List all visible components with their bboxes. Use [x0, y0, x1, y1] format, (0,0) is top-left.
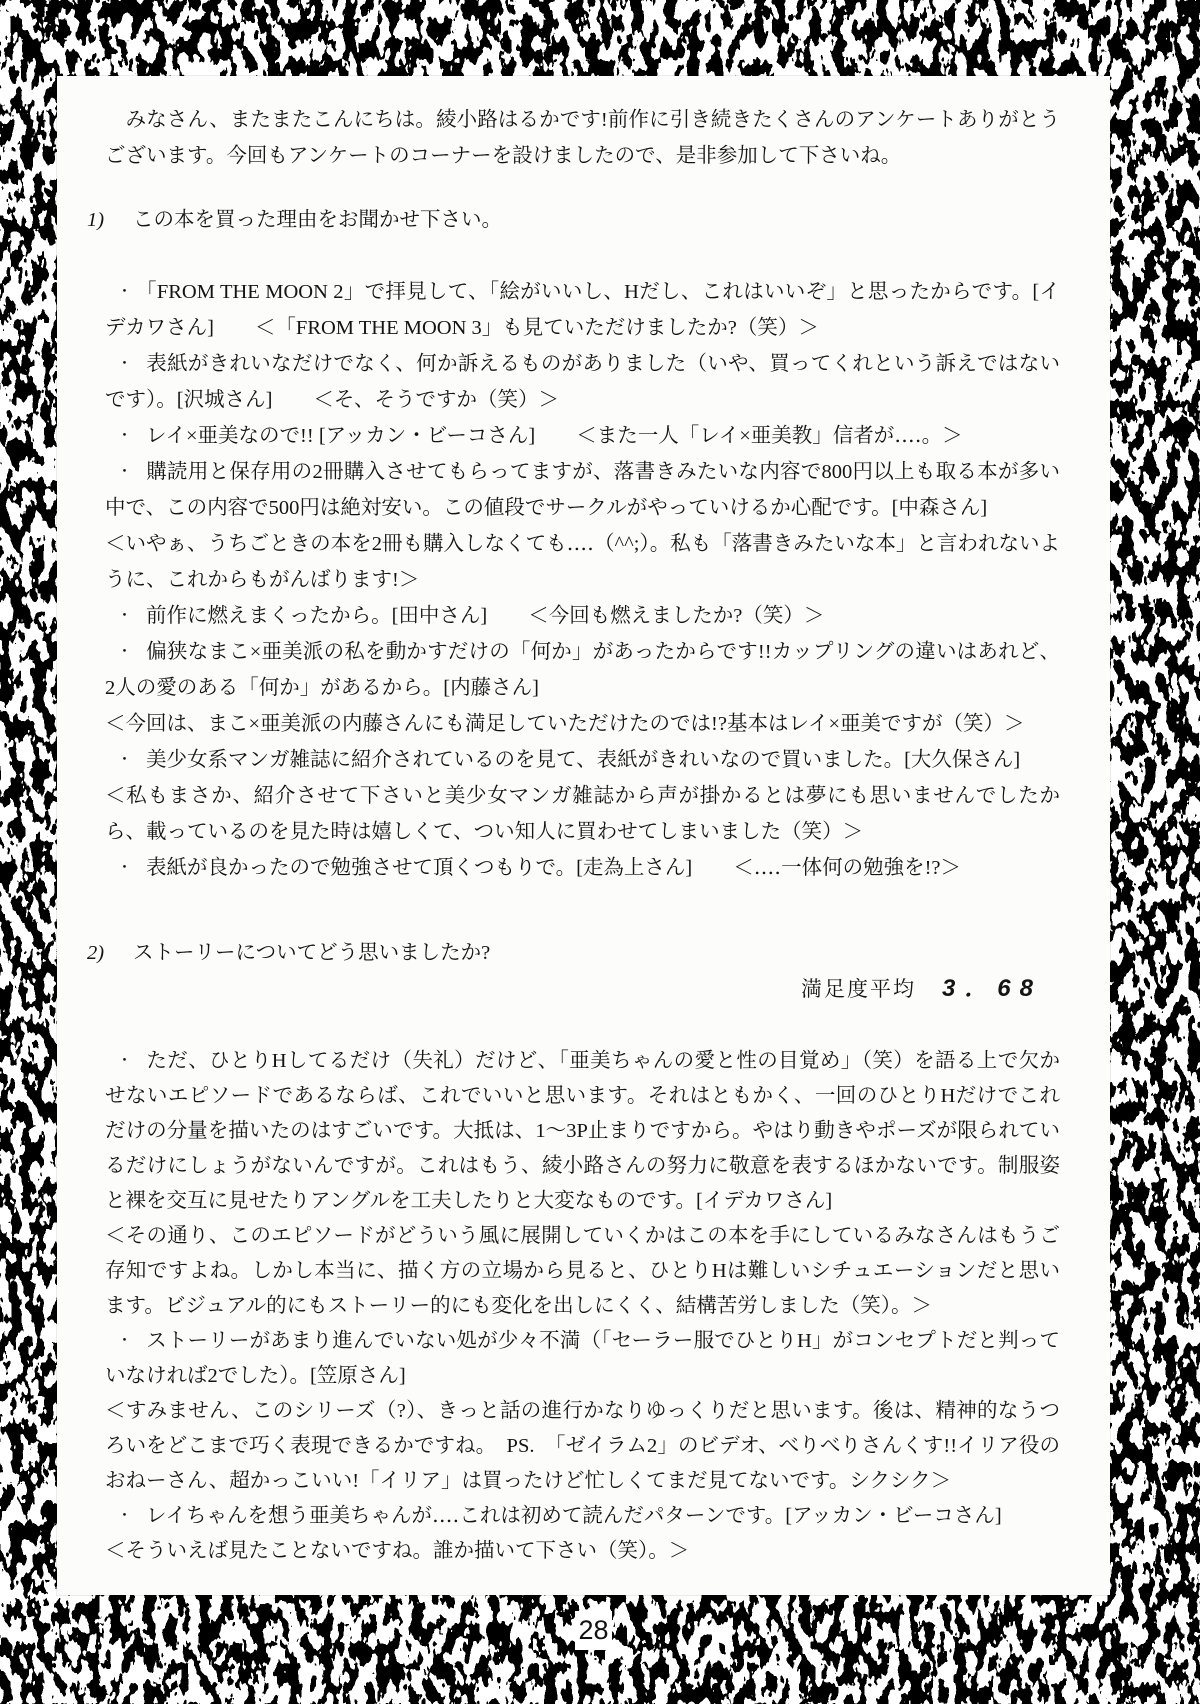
bullet-icon: ・ — [117, 1333, 132, 1349]
bullet-icon: ・ — [117, 1053, 132, 1069]
reply-text: ＜その通り、このエピソードがどういう風に展開していくかはこの本を手にしているみな… — [105, 1225, 1060, 1317]
bullet-icon: ・ — [117, 644, 132, 660]
page-number: 28 — [575, 1611, 612, 1650]
comment-text: 美少女系マンガ雑誌に紹介されているのを見て、表紙がきれいなので買いました。[大久… — [146, 749, 1020, 771]
bullet-icon: ・ — [117, 860, 132, 876]
bullet-icon: ・ — [117, 356, 132, 372]
reply-text: ＜いやぁ、うちごときの本を2冊も購入しなくても‥‥（^^;）。私も「落書きみたい… — [105, 533, 1060, 591]
author-reply-block: ＜今回は、まこ×亜美派の内藤さんにも満足していただけたのでは!?基本はレイ×亜美… — [105, 706, 1060, 742]
author-reply-block: ＜すみません、このシリーズ（?）、きっと話の進行かなりゆっくりだと思います。後は… — [105, 1394, 1060, 1499]
question-2-header: 2)ストーリーについてどう思いましたか? — [87, 935, 1060, 971]
question-2-text: ストーリーについてどう思いましたか? — [133, 942, 490, 964]
satisfaction-score-line: 満足度平均3．68 — [105, 971, 1060, 1008]
bullet-icon: ・ — [117, 752, 132, 768]
question-2-answers: ・ただ、ひとりHしてるだけ（失礼）だけど、「亜美ちゃんの愛と性の目覚め」（笑）を… — [105, 1044, 1060, 1569]
question-1-header: 1)この本を買った理由をお聞かせ下さい。 — [87, 202, 1060, 238]
question-2-number: 2) — [87, 935, 133, 971]
question-1-text: この本を買った理由をお聞かせ下さい。 — [133, 209, 502, 231]
comment-text: 偏狭なまこ×亜美派の私を動かすだけの「何か」があったからです!!カップリングの違… — [105, 641, 1060, 699]
bullet-icon: ・ — [117, 284, 132, 300]
bullet-icon: ・ — [117, 1508, 132, 1524]
comment-text: 表紙がきれいなだけでなく、何か訴えるものがありました（いや、買ってくれという訴え… — [105, 353, 1060, 411]
question-1-number: 1) — [87, 202, 133, 238]
reply-text: ＜私もまさか、紹介させて下さいと美少女マンガ雑誌から声が掛かるとは夢にも思いませ… — [105, 785, 1060, 843]
intro-paragraph: みなさん、またまたこんにちは。綾小路はるかです!前作に引き続きたくさんのアンケー… — [105, 102, 1060, 174]
comment-block: ・偏狭なまこ×亜美派の私を動かすだけの「何か」があったからです!!カップリングの… — [105, 634, 1060, 706]
comment-text: 「FROM THE MOON 2」で拝見して、「絵がいいし、Hだし、これはいいぞ… — [105, 281, 1060, 339]
bullet-icon: ・ — [117, 608, 132, 624]
comment-text: レイちゃんを想う亜美ちゃんが‥‥これは初めて読んだパターンです。[アッカン・ビー… — [146, 1505, 1002, 1527]
document-page: みなさん、またまたこんにちは。綾小路はるかです!前作に引き続きたくさんのアンケー… — [57, 76, 1110, 1595]
comment-block: ・ただ、ひとりHしてるだけ（失礼）だけど、「亜美ちゃんの愛と性の目覚め」（笑）を… — [105, 1044, 1060, 1219]
comment-block: ・表紙がきれいなだけでなく、何か訴えるものがありました（いや、買ってくれという訴… — [105, 346, 1060, 418]
bullet-icon: ・ — [117, 464, 132, 480]
comment-block: ・美少女系マンガ雑誌に紹介されているのを見て、表紙がきれいなので買いました。[大… — [105, 742, 1060, 778]
page-content: みなさん、またまたこんにちは。綾小路はるかです!前作に引き続きたくさんのアンケー… — [57, 76, 1110, 1595]
question-1-answers: ・「FROM THE MOON 2」で拝見して、「絵がいいし、Hだし、これはいい… — [105, 274, 1060, 886]
comment-block: ・「FROM THE MOON 2」で拝見して、「絵がいいし、Hだし、これはいい… — [105, 274, 1060, 346]
author-reply-block: ＜いやぁ、うちごときの本を2冊も購入しなくても‥‥（^^;）。私も「落書きみたい… — [105, 526, 1060, 598]
comment-block: ・表紙が良かったので勉強させて頂くつもりで。[走為上さん] ＜‥‥一体何の勉強を… — [105, 850, 1060, 886]
comment-block: ・レイ×亜美なので!! [アッカン・ビーコさん] ＜また一人「レイ×亜美教」信者… — [105, 418, 1060, 454]
author-reply-block: ＜その通り、このエピソードがどういう風に展開していくかはこの本を手にしているみな… — [105, 1219, 1060, 1324]
bullet-icon: ・ — [117, 428, 132, 444]
comment-text: レイ×亜美なので!! [アッカン・ビーコさん] ＜また一人「レイ×亜美教」信者が… — [146, 425, 963, 447]
comment-block: ・ストーリーがあまり進んでいない処が少々不満（「セーラー服でひとりH」がコンセプ… — [105, 1324, 1060, 1394]
reply-text: ＜そういえば見たことないですね。誰か描いて下さい（笑）。＞ — [105, 1540, 689, 1562]
comment-text: ストーリーがあまり進んでいない処が少々不満（「セーラー服でひとりH」がコンセプト… — [105, 1330, 1060, 1387]
satisfaction-score-value: 3．68 — [942, 975, 1042, 1002]
author-reply-block: ＜私もまさか、紹介させて下さいと美少女マンガ雑誌から声が掛かるとは夢にも思いませ… — [105, 778, 1060, 850]
comment-text: 購読用と保存用の2冊購入させてもらってますが、落書きみたいな内容で800円以上も… — [105, 461, 1060, 519]
reply-text: ＜今回は、まこ×亜美派の内藤さんにも満足していただけたのでは!?基本はレイ×亜美… — [105, 713, 1025, 735]
comment-text: 表紙が良かったので勉強させて頂くつもりで。[走為上さん] ＜‥‥一体何の勉強を!… — [146, 857, 961, 879]
comment-text: ただ、ひとりHしてるだけ（失礼）だけど、「亜美ちゃんの愛と性の目覚め」（笑）を語… — [105, 1050, 1060, 1212]
comment-block: ・レイちゃんを想う亜美ちゃんが‥‥これは初めて読んだパターンです。[アッカン・ビ… — [105, 1499, 1060, 1534]
satisfaction-score-label: 満足度平均 — [801, 978, 916, 1001]
comment-block: ・前作に燃えまくったから。[田中さん] ＜今回も燃えましたか?（笑）＞ — [105, 598, 1060, 634]
reply-text: ＜すみません、このシリーズ（?）、きっと話の進行かなりゆっくりだと思います。後は… — [105, 1400, 1060, 1492]
author-reply-block: ＜そういえば見たことないですね。誰か描いて下さい（笑）。＞ — [105, 1534, 1060, 1569]
comment-text: 前作に燃えまくったから。[田中さん] ＜今回も燃えましたか?（笑）＞ — [146, 605, 824, 627]
comment-block: ・購読用と保存用の2冊購入させてもらってますが、落書きみたいな内容で800円以上… — [105, 454, 1060, 526]
